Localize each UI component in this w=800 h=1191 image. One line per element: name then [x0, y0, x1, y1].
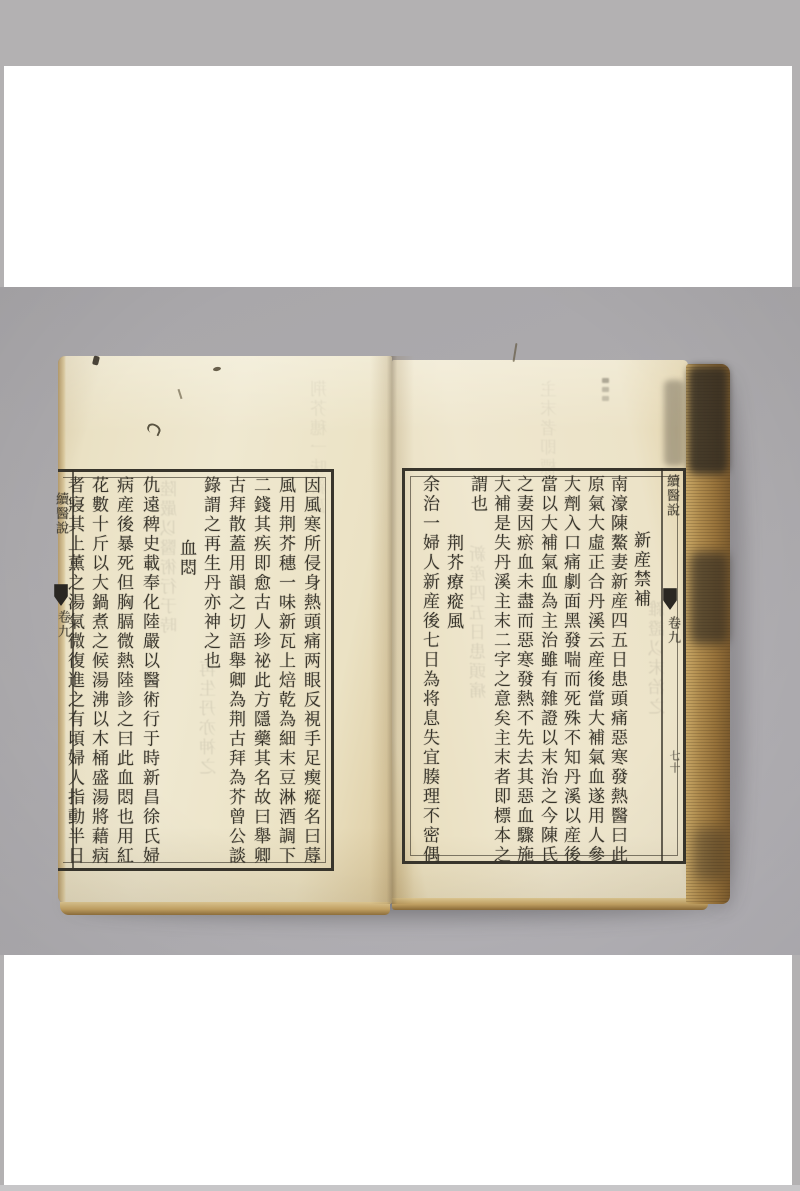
- bottom-page-stack-left: [60, 902, 390, 915]
- text-column: 大補是失丹溪主末二字之意矣主末者即標本之: [489, 475, 511, 865]
- fold-border-right: [661, 468, 663, 862]
- page-root: 雜證以末治之 新産四五日患頭痛 主末者即標本 陸嚴以醫術行于時 再生丹亦神之 荆…: [0, 0, 800, 1191]
- text-column: 錄謂之再生丹亦神之也: [199, 476, 221, 671]
- ink-smudge-fold: [664, 380, 684, 466]
- text-column: 謂也: [466, 475, 488, 514]
- text-column: 病産後暴死但胸膈微熱陸診之曰此血悶也用紅: [112, 476, 134, 866]
- left-page-heading: 血悶: [175, 539, 197, 578]
- text-column: 之妻因瘀血未盡而惡寒發熱不先去其惡血驟施: [512, 475, 534, 865]
- bottom-gray-strip: [0, 1185, 800, 1191]
- text-column: 大劑入口痛劇面黑發喘而死殊不知丹溪以産後: [559, 475, 581, 865]
- right-page-heading-2: 荆芥療瘲風: [442, 534, 464, 632]
- text-column: 花數十斤以大鍋煮之候湯沸以木桶盛湯將藉病: [87, 476, 109, 866]
- faint-inscription-mark: [602, 378, 609, 383]
- right-page-heading-1: 新産禁補: [629, 531, 651, 609]
- ink-smudge-top: [688, 366, 728, 474]
- bottom-page-stack-right: [392, 898, 708, 910]
- book-photo: 雜證以末治之 新産四五日患頭痛 主末者即標本 陸嚴以醫術行于時 再生丹亦神之 荆…: [0, 287, 800, 955]
- text-column: 風用荆芥穗一味新瓦上焙乾為細末豆淋酒調下: [274, 476, 296, 866]
- white-band-top: [4, 66, 792, 287]
- text-column: 因風寒所侵身熱頭痛两眼反視手足瘈瘲名曰蓐: [299, 476, 321, 866]
- folio-number: 七十: [666, 750, 682, 774]
- book-title-margin-right: 續醫說: [663, 474, 681, 518]
- book-title-margin-left: 續醫說: [52, 492, 70, 536]
- text-column: 余治一婦人新産後七日為将息失宜腠理不密偶: [418, 475, 440, 865]
- ink-smudge-bottom: [693, 828, 726, 880]
- text-column: 原氣大虛正合丹溪云産後當大補氣血遂用人參: [583, 475, 605, 865]
- text-column: 二錢其疾即愈古人珍祕此方隱藥其名故曰舉卿: [249, 476, 271, 866]
- volume-label-right: 卷九: [664, 616, 682, 645]
- text-column: 古拜散蓋用韻之切語舉卿為荆古拜為芥曾公談: [224, 476, 246, 866]
- volume-label-left: 卷九: [54, 610, 72, 639]
- text-column: 南濠陳鰲妻新産四五日患頭痛惡寒發熱醫曰此: [606, 475, 628, 865]
- ink-smudge-middle: [690, 552, 728, 644]
- text-column: 當以大補氣血為主治雖有雜證以末治之今陳氏: [536, 475, 558, 865]
- white-band-bottom: [4, 955, 792, 1185]
- text-column: 仇遠稗史載奉化陸嚴以醫術行于時新昌徐氏婦: [138, 476, 160, 866]
